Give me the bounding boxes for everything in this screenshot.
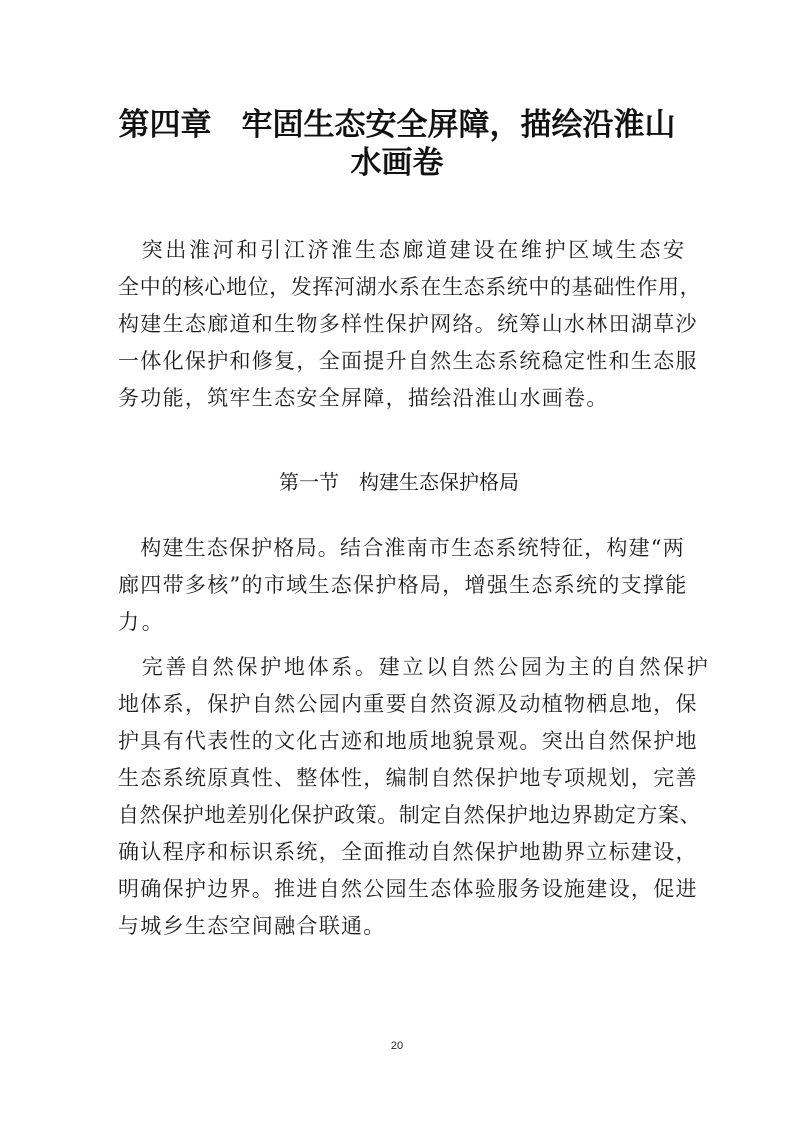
paragraph-line: 完善自然保护地体系。建立以自然公园为主的自然保护 (118, 649, 680, 686)
section-title: 第一节构建生态保护格局 (118, 466, 680, 498)
chapter-title-line-1: 第四章牢固生态安全屏障，描绘沿淮山 (110, 106, 684, 144)
paragraph-line: 力。 (118, 604, 680, 641)
paragraph-line: 自然保护地差别化保护政策。制定自然保护地边界勘定方案、 (118, 797, 680, 834)
chapter-title-text: 牢固生态安全屏障，描绘沿淮山 (242, 107, 676, 143)
paragraph-line: 构建生态廊道和生物多样性保护网络。统筹山水林田湖草沙 (118, 306, 680, 343)
paragraph-line: 护具有代表性的文化古迹和地质地貌景观。突出自然保护地 (118, 723, 680, 760)
paragraph-line: 务功能，筑牢生态安全屏障，描绘沿淮山水画卷。 (118, 380, 680, 417)
paragraph-line: 廊四带多核”的市域生态保护格局，增强生态系统的支撑能 (118, 567, 680, 604)
paragraph-line: 全中的核心地位，发挥河湖水系在生态系统中的基础性作用， (118, 269, 680, 306)
paragraph-line: 确认程序和标识系统，全面推动自然保护地勘界立标建设， (118, 834, 680, 871)
intro-paragraph: 突出淮河和引江济淮生态廊道建设在维护区域生态安 全中的核心地位，发挥河湖水系在生… (118, 232, 680, 417)
document-page: 第四章牢固生态安全屏障，描绘沿淮山 水画卷 突出淮河和引江济淮生态廊道建设在维护… (0, 0, 794, 1122)
page-number: 20 (0, 1040, 794, 1052)
paragraph-line: 生态系统原真性、整体性，编制自然保护地专项规划，完善 (118, 760, 680, 797)
paragraph-protected-areas: 完善自然保护地体系。建立以自然公园为主的自然保护 地体系，保护自然公园内重要自然… (118, 649, 680, 945)
section-number: 第一节 (279, 470, 339, 494)
paragraph-line: 明确保护边界。推进自然公园生态体验服务设施建设，促进 (118, 871, 680, 908)
paragraph-line: 与城乡生态空间融合联通。 (118, 908, 680, 945)
paragraph-line: 突出淮河和引江济淮生态廊道建设在维护区域生态安 (118, 232, 680, 269)
paragraph-line: 地体系，保护自然公园内重要自然资源及动植物栖息地，保 (118, 686, 680, 723)
paragraph-ecological-pattern: 构建生态保护格局。结合淮南市生态系统特征，构建“两 廊四带多核”的市域生态保护格… (118, 530, 680, 641)
chapter-title: 第四章牢固生态安全屏障，描绘沿淮山 水画卷 (110, 106, 684, 182)
chapter-title-line-2: 水画卷 (110, 144, 684, 182)
chapter-number: 第四章 (119, 107, 212, 143)
paragraph-line: 一体化保护和修复，全面提升自然生态系统稳定性和生态服 (118, 343, 680, 380)
section-title-text: 构建生态保护格局 (359, 470, 519, 494)
paragraph-line: 构建生态保护格局。结合淮南市生态系统特征，构建“两 (118, 530, 680, 567)
